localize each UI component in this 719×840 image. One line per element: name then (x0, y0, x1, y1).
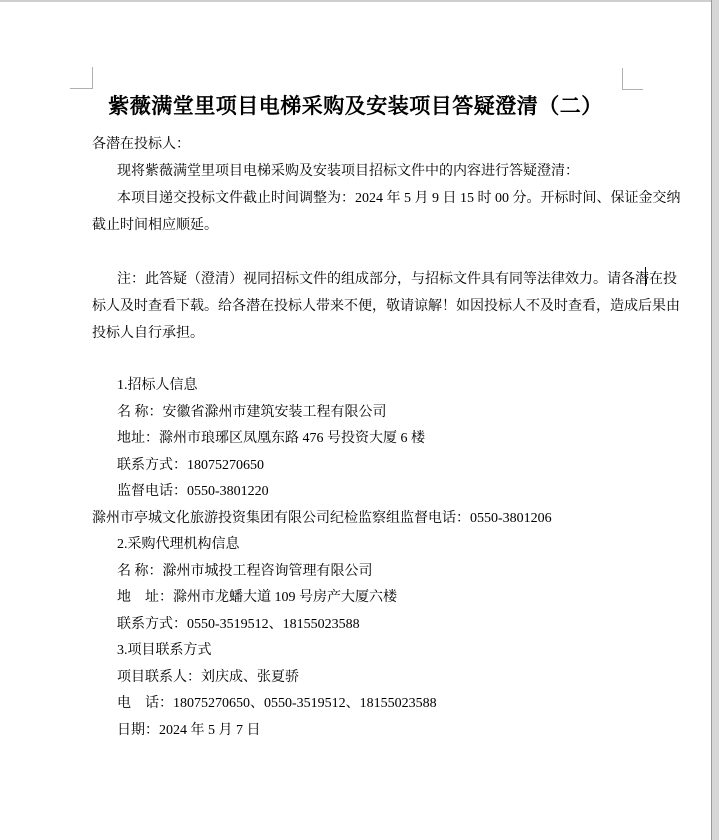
document-title[interactable]: 紫薇满堂里项目电梯采购及安装项目答疑澄清（二） (0, 93, 711, 120)
document-body: 各潜在投标人： 现将紫薇满堂里项目电梯采购及安装项目招标文件中的内容进行答疑澄清… (0, 131, 711, 744)
document-page[interactable]: 紫薇满堂里项目电梯采购及安装项目答疑澄清（二） 各潜在投标人： 现将紫薇满堂里项… (0, 0, 719, 840)
canvas-top-border (0, 0, 719, 2)
text-boundary-mark-top-right (622, 68, 623, 89)
text-boundary-mark-top-left (70, 88, 93, 89)
info-line-group-supervise-phone[interactable]: 滁州市亭城文化旅游投资集团有限公司纪检监察组监督电话：0550-3801206 (0, 506, 711, 533)
intro-line[interactable]: 本项目递交投标文件截止时间调整为：2024 年 5 月 9 日 15 时 00 … (0, 185, 711, 212)
info-line-bidder-address[interactable]: 地址：滁州市琅琊区凤凰东路 476 号投资大厦 6 楼 (0, 426, 711, 453)
section-heading-bidder[interactable]: 1.招标人信息 (0, 373, 711, 400)
note-line[interactable]: 标人及时查看下载。给各潜在投标人带来不便，敬请谅解！如因投标人不及时查看，造成后… (0, 293, 711, 320)
info-line-agency-name[interactable]: 名 称：滁州市城投工程咨询管理有限公司 (0, 559, 711, 586)
note-line[interactable]: 投标人自行承担。 (0, 320, 711, 347)
section-heading-contact[interactable]: 3.项目联系方式 (0, 638, 711, 665)
info-line-agency-address[interactable]: 地 址：滁州市龙蟠大道 109 号房产大厦六楼 (0, 585, 711, 612)
text-boundary-mark-top-left (92, 67, 93, 89)
info-line-bidder-phone[interactable]: 联系方式：18075270650 (0, 453, 711, 480)
info-line-bidder-name[interactable]: 名 称：安徽省滁州市建筑安装工程有限公司 (0, 400, 711, 427)
text-boundary-mark-top-right (622, 89, 643, 90)
section-heading-agency[interactable]: 2.采购代理机构信息 (0, 532, 711, 559)
info-line-agency-phone[interactable]: 联系方式：0550-3519512、18155023588 (0, 612, 711, 639)
text-cursor (645, 267, 646, 286)
info-line-bidder-supervise-phone[interactable]: 监督电话：0550-3801220 (0, 479, 711, 506)
intro-line[interactable]: 现将紫薇满堂里项目电梯采购及安装项目招标文件中的内容进行答疑澄清： (0, 158, 711, 185)
date-line[interactable]: 日期：2024 年 5 月 7 日 (0, 718, 711, 745)
info-line-contact-person[interactable]: 项目联系人：刘庆成、张夏骄 (0, 665, 711, 692)
salutation-line[interactable]: 各潜在投标人： (0, 131, 711, 158)
page-edge-strip (711, 0, 719, 840)
note-line[interactable]: 注：此答疑（澄清）视同招标文件的组成部分，与招标文件具有同等法律效力。请各潜在投 (0, 266, 711, 293)
intro-line[interactable]: 截止时间相应顺延。 (0, 212, 711, 239)
info-line-contact-phone[interactable]: 电 话：18075270650、0550-3519512、18155023588 (0, 691, 711, 718)
